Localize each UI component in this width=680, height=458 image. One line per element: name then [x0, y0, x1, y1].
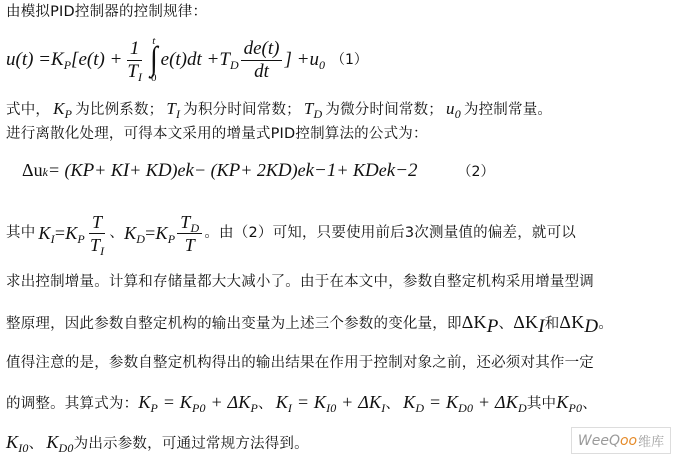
eq1-integrand: e(t)dt +: [161, 50, 220, 70]
paragraph-line-8: 整原理，因此参数自整定机构的输出变量为上述三个参数的变化量，即 ΔKP 、 ΔK…: [6, 312, 613, 334]
discretization-text: 进行离散化处理，可得本文采用的增量式PID控制算法的公式为：: [6, 124, 428, 144]
ki-kd-definition-line: 其中 KI = KP T TI 、 KD = KP TD T 。由（2）可知，只…: [6, 208, 576, 258]
eq1-kp: KP: [51, 50, 71, 70]
watermark-logo: WeeQoo维库: [571, 427, 671, 454]
eq1-derivative-fraction: de(t) dt: [241, 38, 283, 83]
equation-1: u(t) = KP [e(t) + 1 TI t ∫ 0 e(t)dt + TD…: [6, 30, 368, 90]
fraction-t-over-ti: T TI: [87, 211, 107, 256]
equation-2: Δuk = (KP + KI + KD )ek − (KP + 2KD )ek−…: [22, 160, 494, 182]
eq1-fraction-1-over-ti: 1 TI: [124, 38, 145, 83]
equation-number-2: （2）: [458, 162, 495, 182]
fraction-td-over-t: TD T: [177, 211, 202, 256]
eq1-open: [e(t) +: [71, 50, 122, 70]
eq1-close: ] +: [284, 50, 309, 70]
definitions-line: 式中， KP 为比例系数； TI 为积分时间常数； TD 为微分时间常数； u0…: [6, 99, 552, 120]
paragraph-line-9: 值得注意的是，参数自整定机构得出的输出结果在作用于控制对象之前，还必须对其作一定: [6, 353, 594, 373]
paragraph-line-11: KI0 、 KD0 为出示参数，可通过常规方法得到。: [6, 432, 309, 454]
eq1-lhs: u(t) =: [6, 50, 51, 70]
eq1-u0: u0: [309, 50, 325, 70]
intro-text: 由模拟PID控制器的控制规律：: [6, 2, 207, 22]
eq1-td: TD: [219, 50, 238, 70]
paragraph-line-7: 求出控制增量。计算和存储量都大大减小了。由于在本文中，参数自整定机构采用增量型调: [6, 272, 594, 292]
equation-number-1: （1）: [331, 50, 368, 70]
integral-sign: t ∫ 0: [150, 36, 158, 84]
paragraph-line-10: 的调整。其算式为： KP = KP0 + ΔKP 、 KI = KI0 + ΔK…: [6, 392, 597, 414]
